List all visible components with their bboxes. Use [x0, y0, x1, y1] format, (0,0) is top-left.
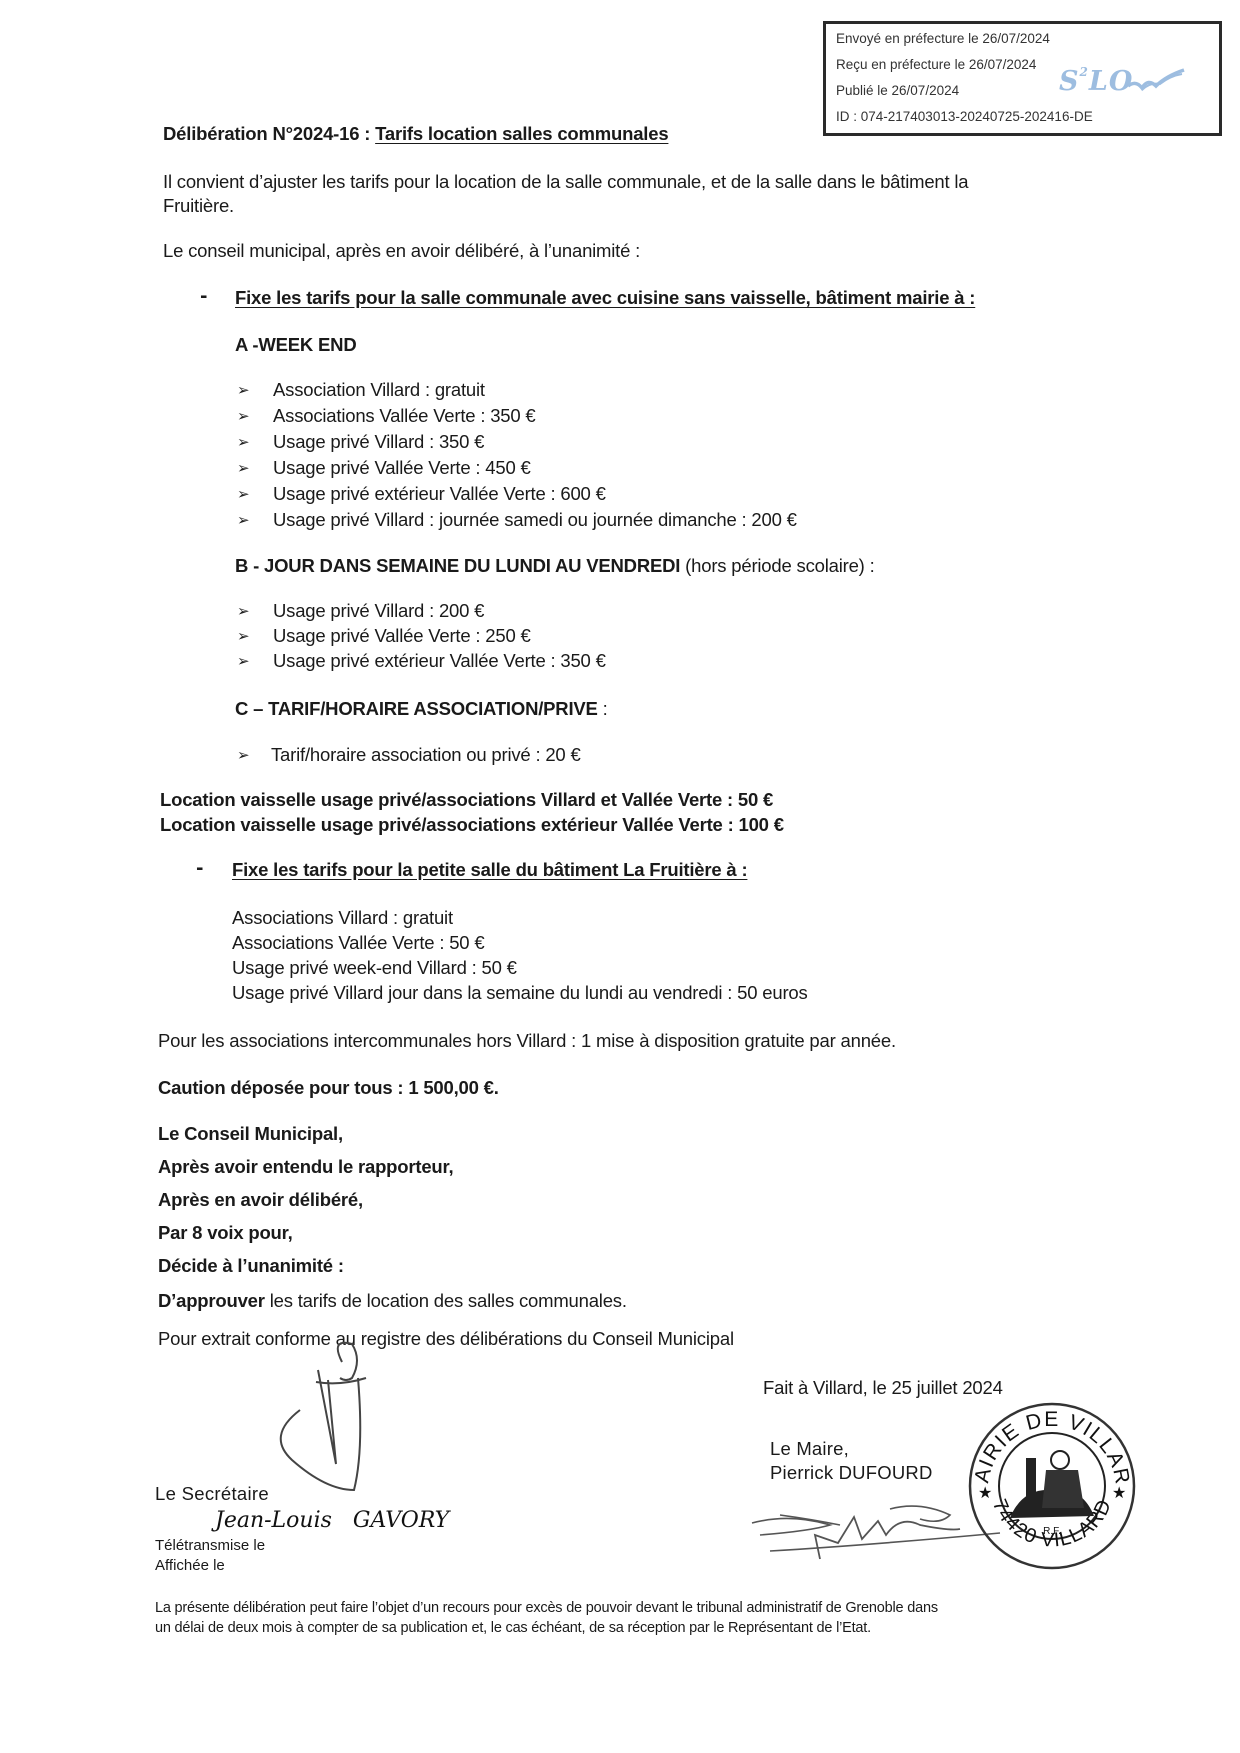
decision-line: Par 8 voix pour, [158, 1222, 293, 1244]
section2-heading: Fixe les tarifs pour la petite salle du … [232, 859, 747, 881]
group-c-title-bold: C – TARIF/HORAIRE ASSOCIATION/PRIVE [235, 698, 598, 719]
approval-rest: les tarifs de location des salles commun… [265, 1290, 627, 1311]
fruitiere-item: Usage privé Villard jour dans la semaine… [232, 982, 808, 1004]
approval-statement: D’approuver les tarifs de location des s… [158, 1290, 627, 1312]
arrow-bullet-icon: ➢ [237, 652, 250, 670]
tariff-item: Usage privé Villard : 350 € [273, 431, 484, 453]
tariff-item: Usage privé Villard : 200 € [273, 600, 484, 622]
arrow-bullet-icon: ➢ [237, 602, 250, 620]
arrow-bullet-icon: ➢ [237, 459, 250, 477]
decision-line: Le Conseil Municipal, [158, 1123, 343, 1145]
mairie-seal-icon: MAIRIE DE VILLARD (74420 VILLARD) ★ ★ R.… [962, 1398, 1142, 1573]
arrow-bullet-icon: ➢ [237, 627, 250, 645]
dishes-line-1: Location vaisselle usage privé/associati… [160, 789, 773, 811]
deposit-amount: Caution déposée pour tous : 1 500,00 €. [158, 1077, 499, 1099]
group-b-title-rest: (hors période scolaire) : [680, 555, 874, 576]
arrow-bullet-icon: ➢ [237, 511, 250, 529]
section2-bullet: - [196, 858, 203, 879]
deliberation-number: Délibération N°2024-16 : [163, 123, 375, 144]
section1-bullet: - [200, 286, 207, 307]
dishes-line-2: Location vaisselle usage privé/associati… [160, 814, 784, 836]
group-c-title: C – TARIF/HORAIRE ASSOCIATION/PRIVE : [235, 698, 608, 720]
s2lo-check-icon [1126, 66, 1186, 96]
group-b-title-bold: B - JOUR DANS SEMAINE DU LUNDI AU VENDRE… [235, 555, 680, 576]
group-b-title: B - JOUR DANS SEMAINE DU LUNDI AU VENDRE… [235, 555, 875, 577]
arrow-bullet-icon: ➢ [237, 381, 250, 399]
fruitiere-item: Associations Vallée Verte : 50 € [232, 932, 484, 954]
arrow-bullet-icon: ➢ [237, 746, 250, 764]
deliberation-title: Délibération N°2024-16 : Tarifs location… [163, 123, 668, 145]
approval-verb: D’approuver [158, 1290, 265, 1311]
decision-line: Après en avoir délibéré, [158, 1189, 363, 1211]
intro-line-1: Il convient d’ajuster les tarifs pour la… [163, 171, 968, 193]
mayor-name: Pierrick DUFOURD [770, 1462, 933, 1484]
received-date: Reçu en préfecture le 26/07/2024 [836, 57, 1036, 72]
tariff-item: Tarif/horaire association ou privé : 20 … [271, 744, 581, 766]
deliberation-subject: Tarifs location salles communales [375, 123, 668, 144]
place-date: Fait à Villard, le 25 juillet 2024 [763, 1377, 1003, 1399]
arrow-bullet-icon: ➢ [237, 407, 250, 425]
tariff-item: Usage privé Vallée Verte : 450 € [273, 457, 531, 479]
intercommunal-note: Pour les associations intercommunales ho… [158, 1030, 896, 1052]
group-a-title: A -WEEK END [235, 334, 356, 356]
arrow-bullet-icon: ➢ [237, 433, 250, 451]
secretary-title: Le Secrétaire [155, 1483, 269, 1505]
tariff-item: Usage privé Villard : journée samedi ou … [273, 509, 797, 531]
footer-line-2: un délai de deux mois à compter de sa pu… [155, 1620, 871, 1636]
tariff-item: Usage privé extérieur Vallée Verte : 600… [273, 483, 606, 505]
group-c-title-rest: : [598, 698, 608, 719]
posted-label: Affichée le [155, 1557, 225, 1574]
act-id: ID : 074-217403013-20240725-202416-DE [836, 109, 1093, 124]
decision-line: Décide à l’unanimité : [158, 1255, 344, 1277]
arrow-bullet-icon: ➢ [237, 485, 250, 503]
secretary-name-handwritten: Jean-Louis GAVORY [215, 1508, 449, 1533]
svg-text:★: ★ [978, 1483, 992, 1502]
intro-line-2: Fruitière. [163, 195, 234, 217]
tariff-item: Associations Vallée Verte : 350 € [273, 405, 536, 427]
tariff-item: Usage privé extérieur Vallée Verte : 350… [273, 650, 606, 672]
transmitted-label: Télétransmise le [155, 1537, 265, 1554]
prefecture-stamp-box: Envoyé en préfecture le 26/07/2024 Reçu … [823, 21, 1222, 136]
mayor-title: Le Maire, [770, 1438, 849, 1460]
sent-date: Envoyé en préfecture le 26/07/2024 [836, 31, 1050, 46]
secretary-signature-icon [270, 1340, 380, 1495]
decision-line: Après avoir entendu le rapporteur, [158, 1156, 453, 1178]
seal-center-text: R.F. [1043, 1526, 1061, 1537]
footer-line-1: La présente délibération peut faire l’ob… [155, 1600, 938, 1616]
tariff-item: Usage privé Vallée Verte : 250 € [273, 625, 531, 647]
fruitiere-item: Usage privé week-end Villard : 50 € [232, 957, 517, 979]
published-date: Publié le 26/07/2024 [836, 83, 959, 98]
extract-statement: Pour extrait conforme au registre des dé… [158, 1328, 734, 1350]
svg-text:★: ★ [1112, 1483, 1126, 1502]
tariff-item: Association Villard : gratuit [273, 379, 485, 401]
council-statement: Le conseil municipal, après en avoir dél… [163, 240, 640, 262]
section1-heading: Fixe les tarifs pour la salle communale … [235, 287, 975, 309]
s2lo-logo: S2LO [1059, 65, 1133, 97]
fruitiere-item: Associations Villard : gratuit [232, 907, 453, 929]
